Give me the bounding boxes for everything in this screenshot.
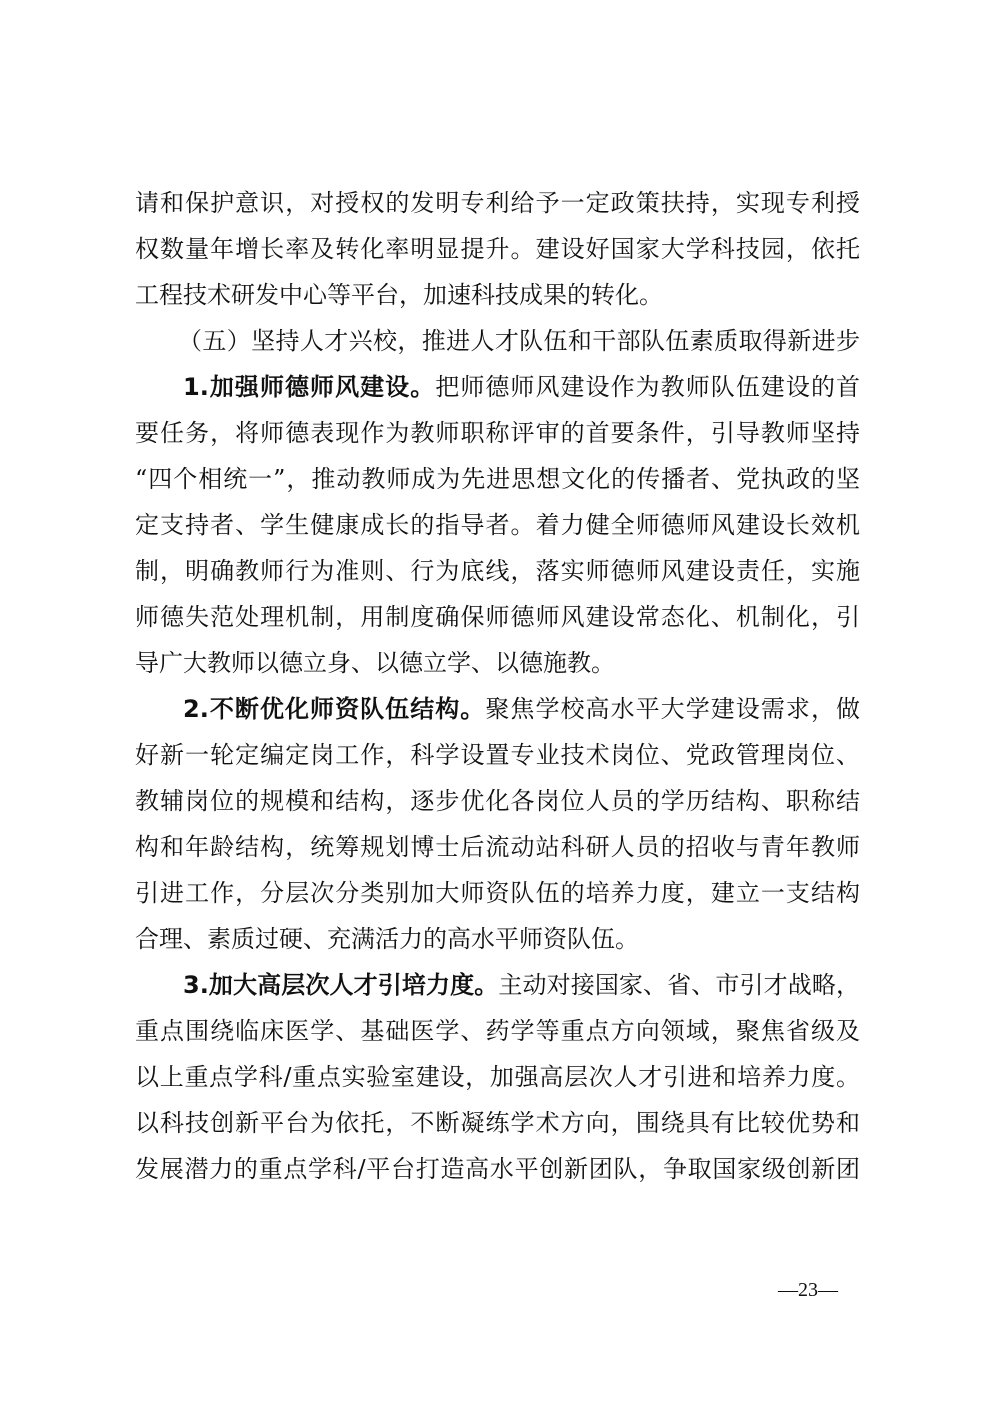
item-first-line: 1.加强师德师风建设。把师德师风建设作为教师队伍建设的首 <box>183 364 860 410</box>
item-text: 把师德师风建设作为教师队伍建设的首 <box>435 373 860 401</box>
item-text: 聚焦学校高水平大学建设需求，做 <box>485 695 860 723</box>
text-line: 引进工作，分层次分类别加大师资队伍的培养力度，建立一支结构 <box>135 870 860 916</box>
text-line: 重点围绕临床医学、基础医学、药学等重点方向领域，聚焦省级及 <box>135 1008 860 1054</box>
item-title: 1.加强师德师风建设。 <box>183 373 435 401</box>
item-title: 3.加大高层次人才引培力度。 <box>183 971 498 999</box>
text-line: 请和保护意识，对授权的发明专利给予一定政策扶持，实现专利授 <box>135 180 860 226</box>
text-line: 要任务，将师德表现作为教师职称评审的首要条件，引导教师坚持 <box>135 410 860 456</box>
text-line: 师德失范处理机制，用制度确保师德师风建设常态化、机制化，引 <box>135 594 860 640</box>
text-line: 教辅岗位的规模和结构，逐步优化各岗位人员的学历结构、职称结 <box>135 778 860 824</box>
text-line: 以上重点学科/重点实验室建设，加强高层次人才引进和培养力度。 <box>135 1054 860 1100</box>
text-line: 构和年龄结构，统筹规划博士后流动站科研人员的招收与青年教师 <box>135 824 860 870</box>
text-line: 导广大教师以德立身、以德立学、以德施教。 <box>135 640 860 686</box>
text-line: 工程技术研发中心等平台，加速科技成果的转化。 <box>135 272 860 318</box>
text-line: 定支持者、学生健康成长的指导者。着力健全师德师风建设长效机 <box>135 502 860 548</box>
text-line: 制，明确教师行为准则、行为底线，落实师德师风建设责任，实施 <box>135 548 860 594</box>
document-page: 请和保护意识，对授权的发明专利给予一定政策扶持，实现专利授 权数量年增长率及转化… <box>0 0 991 1403</box>
text-line: 以科技创新平台为依托，不断凝练学术方向，围绕具有比较优势和 <box>135 1100 860 1146</box>
item-title: 2.不断优化师资队伍结构。 <box>183 695 485 723</box>
text-line: 权数量年增长率及转化率明显提升。建设好国家大学科技园，依托 <box>135 226 860 272</box>
item-first-line: 2.不断优化师资队伍结构。聚焦学校高水平大学建设需求，做 <box>183 686 860 732</box>
text-line: “四个相统一”，推动教师成为先进思想文化的传播者、党执政的坚 <box>135 456 860 502</box>
section-heading: （五）坚持人才兴校，推进人才队伍和干部队伍素质取得新进步 <box>178 318 860 364</box>
item-text: 主动对接国家、省、市引才战略， <box>498 971 860 999</box>
item-first-line: 3.加大高层次人才引培力度。主动对接国家、省、市引才战略， <box>183 962 860 1008</box>
text-line: 发展潜力的重点学科/平台打造高水平创新团队，争取国家级创新团 <box>135 1146 860 1192</box>
page-number: —23— <box>778 1276 838 1304</box>
text-line: 合理、素质过硬、充满活力的高水平师资队伍。 <box>135 916 860 962</box>
text-line: 好新一轮定编定岗工作，科学设置专业技术岗位、党政管理岗位、 <box>135 732 860 778</box>
